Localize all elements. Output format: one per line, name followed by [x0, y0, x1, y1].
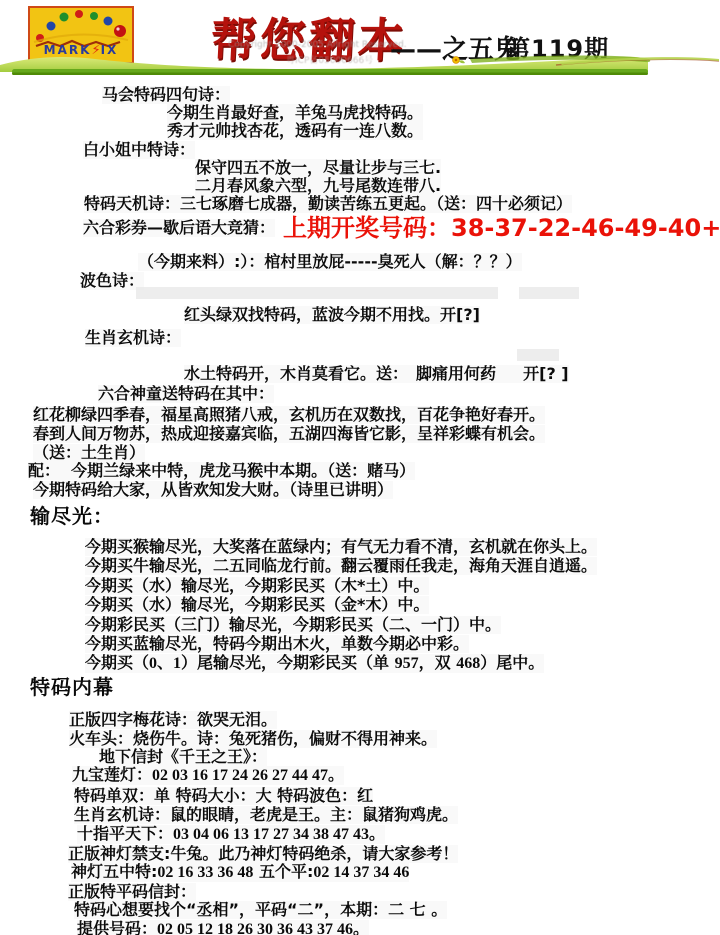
text-line: 二月春风象六型，九号尾数连带八. [195, 177, 441, 195]
text-line: 今期买（水）输尽光，今期彩民买（木*土）中。 [85, 577, 429, 595]
text-line: 正版神灯禁支:牛兔。此乃神灯特码绝杀，请大家参考！ [68, 845, 458, 863]
erased-text-residue [517, 349, 559, 361]
text-line: 正版特平码信封： [68, 883, 196, 901]
text-line: 今期买牛输尽光，二五同临龙行前。翻云覆雨任我走，海角天涯自逍遥。 [85, 557, 597, 575]
text-line: （送：土生肖） [33, 444, 145, 462]
text-line: 生肖玄机诗：鼠的眼睛，老虎是王。主：鼠猪狗鸡虎。 [74, 806, 458, 824]
text-line: 保守四五不放一，尽量让步与三七. [195, 159, 441, 177]
erased-text-residue [519, 287, 579, 299]
text-line: 今期彩民买（三门）输尽光，今期彩民买（二、一门）中。 [85, 616, 501, 634]
section-heading-special-inside: 特码内幕 [30, 676, 114, 699]
text-line: 水土特码开，木肖莫看它。送： 脚痛用何药 开[? ] [184, 365, 569, 383]
text-line: 红头绿双找特码，蓝波今期不用找。开[?] [184, 306, 480, 324]
page-root: MARK⚡IX 帮您翻本 ——之五鬼 第119期 Copyright 2000-… [0, 0, 720, 935]
text-line: 九宝莲灯：02 03 16 17 24 26 27 44 47。 [72, 766, 344, 785]
text-line: 十指平天下：03 04 06 13 17 27 34 38 47 43。 [77, 825, 385, 844]
text-line: 春到人间万物苏，热成迎接嘉宾临，五湖四海皆它影，呈祥彩蝶有机会。 [33, 425, 545, 443]
text-line: 今期特码给大家，从皆欢知发大财。（诗里已讲明） [33, 481, 393, 499]
text-line: 配： 今期兰绿来中特，虎龙马猴中本期。（送：赌马） [28, 462, 415, 480]
text-line: 特码单双：单 特码大小：大 特码波色：红 [74, 787, 373, 805]
text-line: 今期买（水）输尽光，今期彩民买（金*木）中。 [85, 596, 429, 614]
text-line: 特码心想要找个“丞相”，平码“二”，本期：二 七 。 [74, 901, 447, 919]
text-line: 地下信封《千王之王》： [99, 748, 267, 766]
text-line: 特码天机诗：三七琢磨七成器，勤读苦练五更起。（送：四十必须记） [84, 195, 572, 213]
text-line: 波色诗： [80, 272, 144, 290]
text-line: 红花柳绿四季春，福星高照猪八戒，玄机历在双数找，百花争艳好春开。 [33, 406, 545, 424]
text-line: 今期买（0、1）尾输尽光，今期彩民买（单 957，双 468）尾中。 [85, 654, 544, 673]
erased-text-residue [136, 287, 498, 299]
text-line: 六合彩券—歇后语大竞猜： [83, 219, 275, 237]
text-line: 今期买蓝输尽光，特码今期出木火，单数今期必中彩。 [85, 635, 469, 653]
text-line: （今期来料）:）：棺村里放屁-----臭死人（解：？？） [138, 253, 522, 271]
hill-graphic [0, 50, 720, 80]
text-line: 生肖玄机诗： [85, 329, 181, 347]
text-line: 神灯五中特:02 16 33 36 48 五个平:02 14 37 34 46 [71, 863, 409, 882]
text-line: 白小姐中特诗： [83, 141, 195, 159]
text-line: 今期买猴输尽光，大奖落在蓝绿内；有气无力看不清，玄机就在你头上。 [85, 538, 597, 556]
text-line: 六合神童送特码在其中： [98, 385, 274, 403]
text-line: 今期生肖最好查，羊兔马虎找特码。 [167, 104, 423, 122]
text-line: 火车头：烧伤牛。诗：兔死猪伤，偏财不得用神来。 [69, 730, 437, 748]
text-line: 提供号码：02 05 12 18 26 30 36 43 37 46。 [77, 920, 369, 935]
text-line: 马会特码四句诗： [102, 86, 230, 104]
watermark-copyright: Copyright 2000-2005 Allright Reserved. [228, 40, 407, 50]
text-line: 秀才元帅找杏花，透码有一连八数。 [167, 122, 423, 140]
section-heading-losing-light: 输尽光： [30, 505, 114, 528]
text-line: 正版四字梅花诗：欲哭无泪。 [69, 711, 277, 729]
flower-icon [452, 55, 466, 67]
previous-draw-numbers: 上期开奖号码：38-37-22-46-49-40+08 [283, 215, 720, 243]
